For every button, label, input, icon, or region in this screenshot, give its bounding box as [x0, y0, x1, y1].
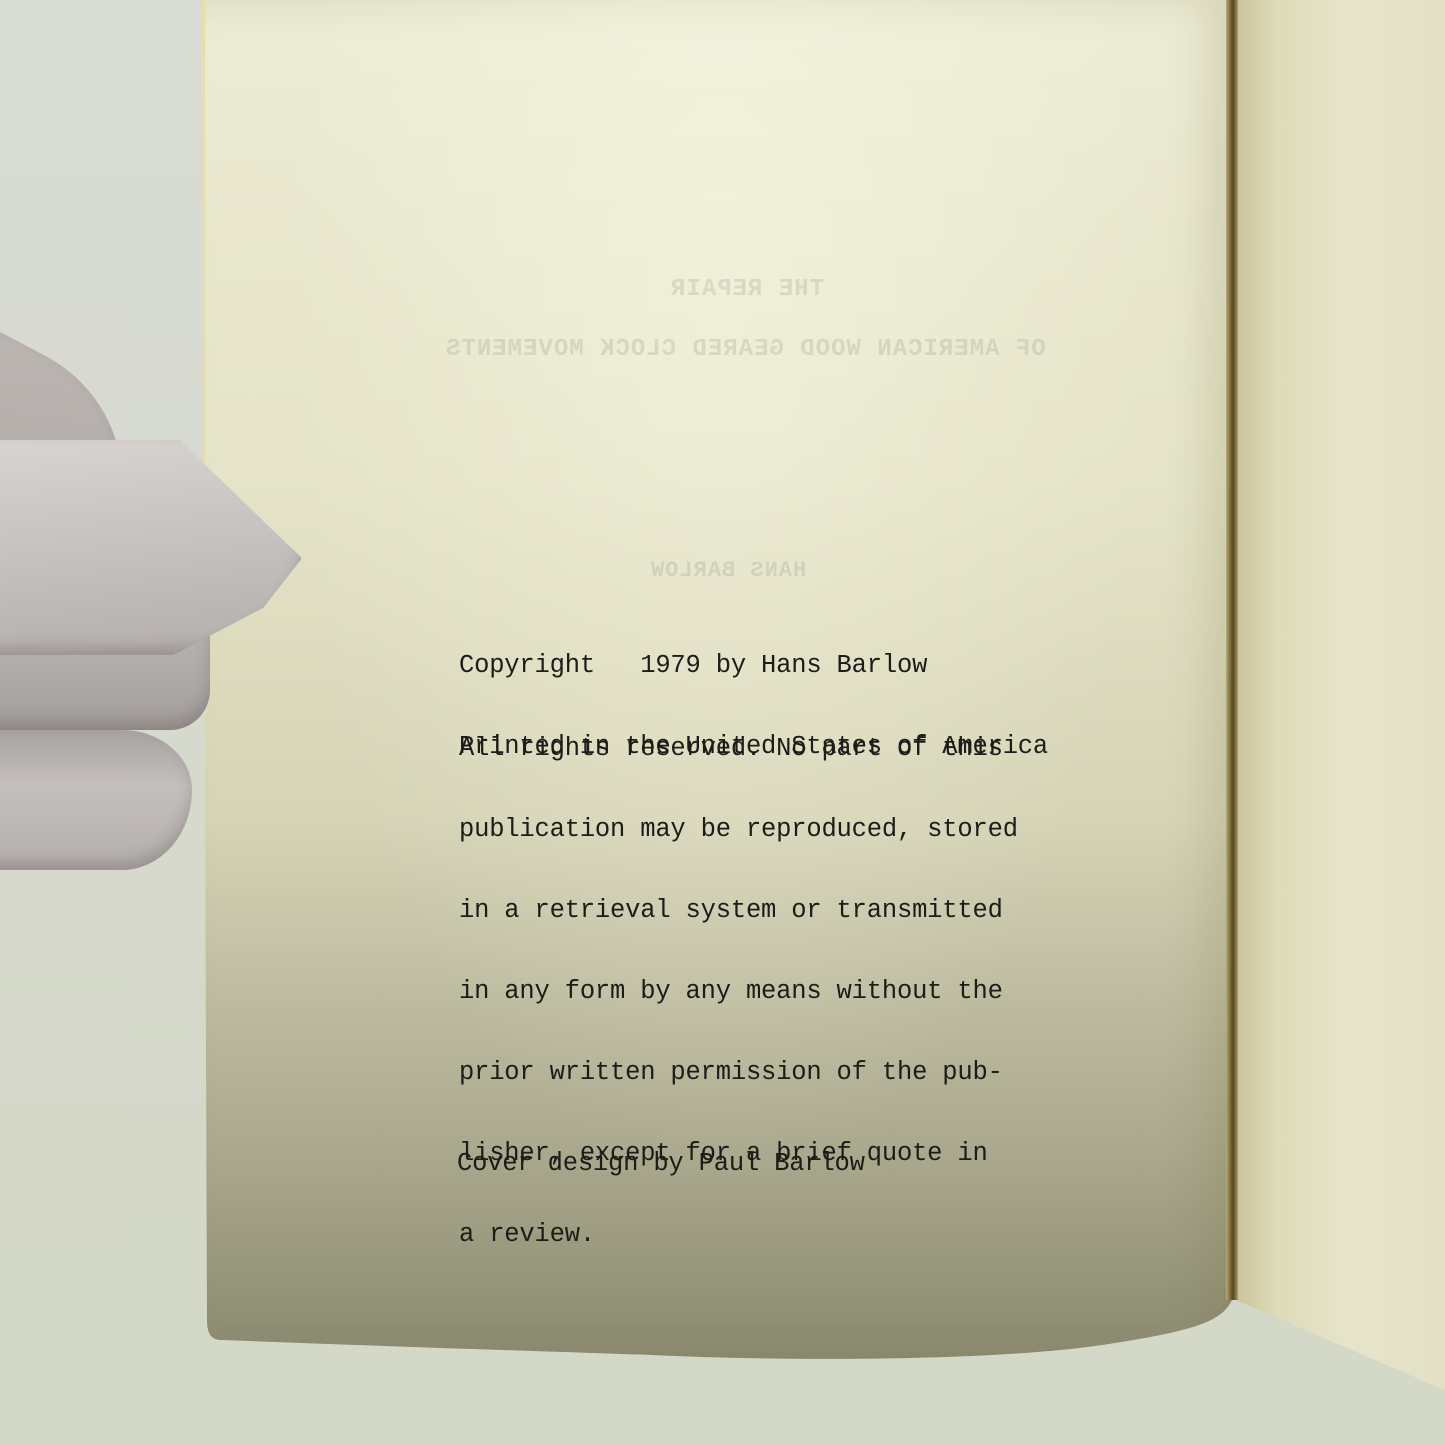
cover-design-credit: Cover design by Paul Barlow: [457, 1150, 865, 1177]
rights-reserved-paragraph: All rights reserved. No part of this pub…: [459, 681, 1018, 1302]
bleed-through-title: THE REPAIR: [670, 276, 824, 303]
rights-line: publication may be reproduced, stored: [459, 816, 1018, 843]
rights-line: in any form by any means without the: [459, 978, 1018, 1005]
rights-line: prior written permission of the pub-: [459, 1059, 1018, 1086]
bleed-through-author: HANS BARLOW: [650, 558, 806, 583]
bleed-through-subtitle: OF AMERICAN WOOD GEARED CLOCK MOVEMENTS: [445, 336, 1046, 363]
photo-scene: THE REPAIR OF AMERICAN WOOD GEARED CLOCK…: [0, 0, 1445, 1445]
book-gutter: [1226, 0, 1238, 1300]
rights-line: in a retrieval system or transmitted: [459, 897, 1018, 924]
rights-line: All rights reserved. No part of this: [459, 735, 1018, 762]
gloved-finger-lower: [0, 730, 192, 870]
rights-line: a review.: [459, 1221, 1018, 1248]
copyright-line: Copyright 1979 by Hans Barlow: [459, 652, 1048, 679]
facing-page: [1236, 0, 1445, 1405]
